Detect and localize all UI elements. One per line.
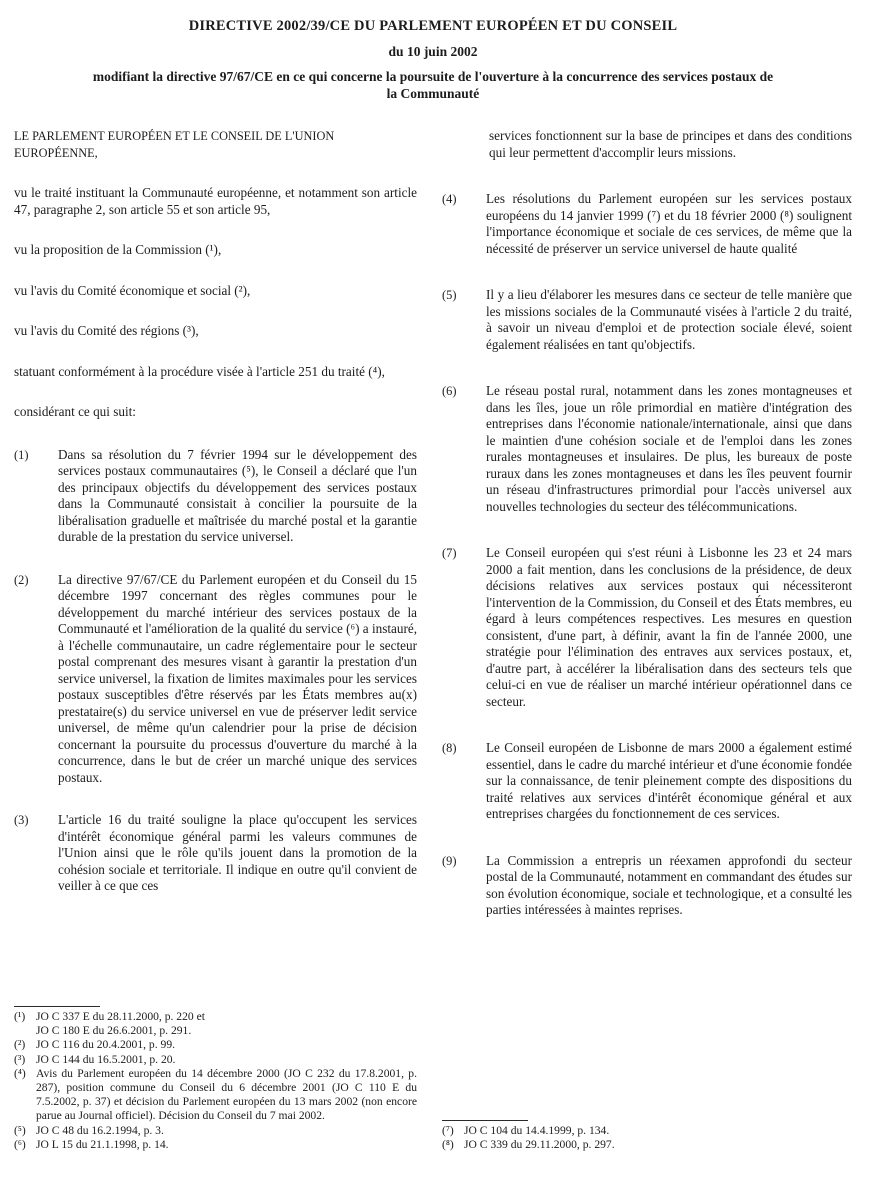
footnote-number: (¹) [14, 1010, 36, 1038]
citation-committee-of-regions: vu l'avis du Comité des régions (³), [14, 323, 417, 340]
right-column: services fonctionnent sur la base de pri… [442, 128, 852, 1152]
document-title-block: DIRECTIVE 2002/39/CE DU PARLEMENT EUROPÉ… [14, 18, 852, 102]
footnote-text: JO C 104 du 14.4.1999, p. 134. [464, 1124, 852, 1138]
footnote-text: JO L 15 du 21.1.1998, p. 14. [36, 1138, 417, 1152]
two-column-body: LE PARLEMENT EUROPÉEN ET LE CONSEIL DE L… [14, 128, 852, 1152]
footnote-7: (⁷) JO C 104 du 14.4.1999, p. 134. [442, 1124, 852, 1138]
citation-treaty: vu le traité instituant la Communauté eu… [14, 185, 417, 218]
citation-commission-proposal: vu la proposition de la Commission (¹), [14, 242, 417, 259]
footnote-number: (²) [14, 1038, 36, 1052]
footnote-5: (⁵) JO C 48 du 16.2.1994, p. 3. [14, 1124, 417, 1138]
footnote-1: (¹) JO C 337 E du 28.11.2000, p. 220 et … [14, 1010, 417, 1038]
footnote-2: (²) JO C 116 du 20.4.2001, p. 99. [14, 1038, 417, 1052]
footnote-number: (⁵) [14, 1124, 36, 1138]
footnote-text: JO C 339 du 29.11.2000, p. 297. [464, 1138, 852, 1152]
recital-number: (8) [442, 740, 486, 823]
recital-text: La Commission a entrepris un réexamen ap… [486, 853, 852, 919]
recital-9: (9) La Commission a entrepris un réexame… [442, 853, 852, 919]
recital-text: Les résolutions du Parlement européen su… [486, 191, 852, 257]
column-gap [417, 128, 442, 1152]
recital-text: L'article 16 du traité souligne la place… [58, 812, 417, 895]
recital-number: (4) [442, 191, 486, 257]
footnote-3: (³) JO C 144 du 16.5.2001, p. 20. [14, 1053, 417, 1067]
citation-procedure: statuant conformément à la procédure vis… [14, 364, 417, 381]
recital-1: (1) Dans sa résolution du 7 février 1994… [14, 447, 417, 546]
footnote-4: (⁴) Avis du Parlement européen du 14 déc… [14, 1067, 417, 1124]
footnote-rule [14, 1006, 100, 1007]
recital-7: (7) Le Conseil européen qui s'est réuni … [442, 545, 852, 710]
footnotes-right: (⁷) JO C 104 du 14.4.1999, p. 134. (⁸) J… [442, 1120, 852, 1152]
recital-text: Il y a lieu d'élaborer les mesures dans … [486, 287, 852, 353]
recital-text: Le réseau postal rural, notamment dans l… [486, 383, 852, 515]
footnote-rule [442, 1120, 528, 1121]
footnote-text: JO C 48 du 16.2.1994, p. 3. [36, 1124, 417, 1138]
recital-text: Dans sa résolution du 7 février 1994 sur… [58, 447, 417, 546]
recital-text: La directive 97/67/CE du Parlement europ… [58, 572, 417, 787]
recital-8: (8) Le Conseil européen de Lisbonne de m… [442, 740, 852, 823]
recital-number: (2) [14, 572, 58, 787]
left-column: LE PARLEMENT EUROPÉEN ET LE CONSEIL DE L… [14, 128, 417, 1152]
footnote-6: (⁶) JO L 15 du 21.1.1998, p. 14. [14, 1138, 417, 1152]
footnote-text: Avis du Parlement européen du 14 décembr… [36, 1067, 417, 1124]
recital-3-continuation: services fonctionnent sur la base de pri… [442, 128, 852, 161]
footnote-number: (⁴) [14, 1067, 36, 1124]
footnote-text: JO C 144 du 16.5.2001, p. 20. [36, 1053, 417, 1067]
recital-3: (3) L'article 16 du traité souligne la p… [14, 812, 417, 895]
recital-6: (6) Le réseau postal rural, notamment da… [442, 383, 852, 515]
recital-number: (1) [14, 447, 58, 546]
directive-title: DIRECTIVE 2002/39/CE DU PARLEMENT EUROPÉ… [14, 18, 852, 35]
footnote-number: (⁸) [442, 1138, 464, 1152]
recital-4: (4) Les résolutions du Parlement europée… [442, 191, 852, 257]
recital-number: (9) [442, 853, 486, 919]
recitals-intro: considérant ce qui suit: [14, 404, 417, 421]
recital-2: (2) La directive 97/67/CE du Parlement e… [14, 572, 417, 787]
footnote-8: (⁸) JO C 339 du 29.11.2000, p. 297. [442, 1138, 852, 1152]
directive-subtitle: modifiant la directive 97/67/CE en ce qu… [88, 68, 778, 102]
citation-economic-social-committee: vu l'avis du Comité économique et social… [14, 283, 417, 300]
footnote-text: JO C 116 du 20.4.2001, p. 99. [36, 1038, 417, 1052]
recital-5: (5) Il y a lieu d'élaborer les mesures d… [442, 287, 852, 353]
footnote-text: JO C 337 E du 28.11.2000, p. 220 et JO C… [36, 1010, 417, 1038]
preamble-opening: LE PARLEMENT EUROPÉEN ET LE CONSEIL DE L… [14, 128, 417, 161]
directive-date: du 10 juin 2002 [14, 43, 852, 60]
recital-number: (6) [442, 383, 486, 515]
document-page: DIRECTIVE 2002/39/CE DU PARLEMENT EUROPÉ… [0, 0, 871, 1152]
recital-number: (3) [14, 812, 58, 895]
recital-number: (7) [442, 545, 486, 710]
footnote-number: (⁶) [14, 1138, 36, 1152]
footnotes-left: (¹) JO C 337 E du 28.11.2000, p. 220 et … [14, 1006, 417, 1152]
recital-text: Le Conseil européen de Lisbonne de mars … [486, 740, 852, 823]
footnote-number: (³) [14, 1053, 36, 1067]
footnote-number: (⁷) [442, 1124, 464, 1138]
recital-text: Le Conseil européen qui s'est réuni à Li… [486, 545, 852, 710]
recital-number: (5) [442, 287, 486, 353]
